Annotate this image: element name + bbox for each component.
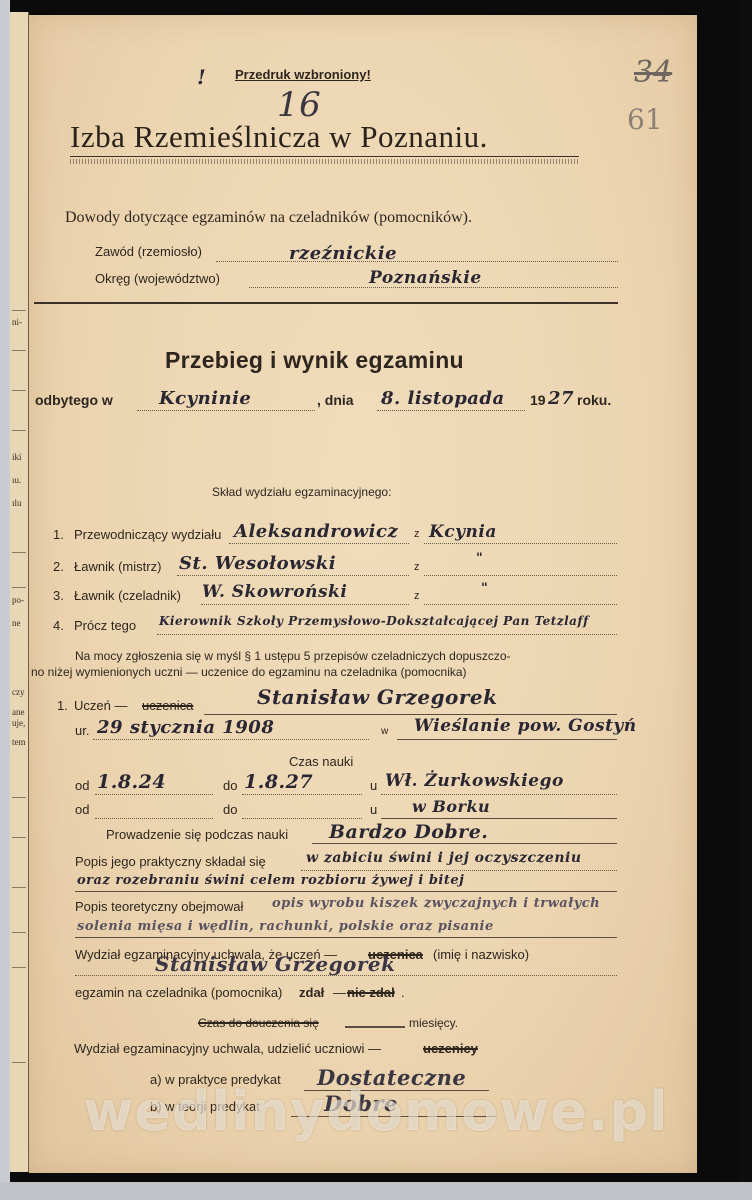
left-fragment: tem — [12, 737, 26, 747]
practical-value-line-1: w zabiciu świni i jej oczyszczeniu — [306, 850, 582, 866]
grades-intro: Wydział egzaminacyjny uchwala, udzielić … — [74, 1041, 381, 1056]
journeyman-juror-name: W. Skowroński — [202, 582, 347, 602]
institution-title: Izba Rzemieślnicza w Poznaniu. — [70, 119, 488, 155]
watermark: wedlinydomowe.pl — [56, 1080, 696, 1143]
handwritten-exclamation: ! — [197, 65, 206, 89]
chairman-from: Kcynia — [429, 522, 497, 542]
left-fragment: czy — [12, 687, 25, 697]
born-label: ur. — [75, 723, 89, 738]
archive-number-struck: 34 — [634, 55, 672, 90]
conduct-label: Prowadzenie się podczas nauki — [106, 827, 288, 842]
additional-member-label: Prócz tego — [74, 618, 136, 633]
exam-place: Kcyninie — [159, 388, 251, 409]
left-fragment: ıu. — [12, 475, 21, 485]
period2-from-label: od — [75, 802, 89, 817]
archive-number: 61 — [627, 103, 663, 136]
reprint-notice: Przedruk wzbroniony! — [235, 67, 371, 82]
district-label: Okręg (województwo) — [95, 271, 220, 286]
exam-day-label: , dnia — [317, 392, 354, 408]
result-passed: zdał — [299, 985, 324, 1000]
apprentice-number: 1. — [57, 698, 68, 713]
exam-place-prefix: odbytego w — [35, 392, 113, 408]
theory-value-line-2: solenia mięsa i wędlin, rachunki, polski… — [77, 919, 494, 934]
period-to-label: do — [223, 778, 237, 793]
theory-value-line-1: opis wyrobu kiszek zwyczajnych i trwałyc… — [272, 896, 600, 911]
master-juror-label: Ławnik (mistrz) — [74, 559, 161, 574]
admission-text-line-2: no niżej wymienionych uczni — uczenice d… — [31, 665, 467, 679]
born-place: Wieślanie pow. Gostyń — [414, 716, 637, 736]
left-fragment: po- — [12, 595, 24, 605]
chairman-label: Przewodniczący wydziału — [74, 527, 221, 542]
adjacent-page-edge: ni- iki ıu. ılu po- ne czy ane uje, tem — [10, 12, 29, 1172]
journeyman-juror-from-label: z — [414, 590, 420, 602]
admission-text-line-1: Na mocy zgłoszenia się w myśl § 1 ustępu… — [75, 649, 511, 663]
exam-year-prefix: 19 — [530, 392, 546, 408]
committee-heading: Skład wydziału egzaminacyjnego: — [212, 485, 391, 499]
period-to: 1.8.27 — [244, 771, 313, 793]
section-title: Przebieg i wynik egzaminu — [165, 347, 464, 374]
chairman-name: Aleksandrowicz — [234, 521, 398, 542]
left-fragment: ne — [12, 618, 21, 628]
period-at-label: u — [370, 778, 377, 793]
member-number: 1. — [53, 527, 64, 542]
resolution-name: Stanisław Grzegorek — [155, 952, 396, 976]
apprentice-label: Uczeń — — [74, 698, 127, 713]
result-failed-struck: nie zdał — [347, 985, 395, 1000]
conduct-value: Bardzo Dobre. — [329, 821, 488, 843]
left-fragment: ılu — [12, 498, 22, 508]
grades-intro-struck: uczenicy — [423, 1041, 478, 1056]
trade-label: Zawód (rzemiosło) — [95, 244, 202, 259]
born-in-label: w — [381, 726, 388, 737]
apprentice-name: Stanisław Grzegorek — [257, 685, 498, 709]
master-juror-from: " — [476, 551, 483, 566]
member-number: 4. — [53, 618, 64, 633]
study-time-label: Czas nauki — [289, 754, 353, 769]
left-fragment: iki — [12, 452, 22, 462]
journeyman-juror-from: " — [481, 581, 488, 596]
practical-value-line-2: oraz rozebraniu świni celem rozbioru żyw… — [77, 873, 464, 888]
period-master: Wł. Żurkowskiego — [385, 771, 564, 791]
exam-year-suffix: 27 — [548, 388, 574, 409]
background-bottom — [0, 1182, 752, 1200]
born-date: 29 stycznia 1908 — [97, 717, 274, 738]
journeyman-juror-label: Ławnik (czeladnik) — [74, 588, 181, 603]
result-dash: — — [333, 985, 346, 1000]
left-fragment: ni- — [12, 317, 22, 327]
additional-member-name: Kierownik Szkoły Przemysłowo-Dokształcaj… — [159, 614, 589, 628]
exam-date: 8. listopada — [381, 388, 505, 409]
retake-time-suffix: miesięcy. — [409, 1016, 458, 1030]
master-juror-from-label: z — [414, 561, 420, 573]
period-from: 1.8.24 — [97, 771, 166, 793]
member-number: 3. — [53, 588, 64, 603]
exam-year-label: roku. — [577, 392, 611, 408]
document-subtitle: Dowody dotyczące egzaminów na czeladnikó… — [65, 209, 472, 227]
period2-to-label: do — [223, 802, 237, 817]
result-prefix: egzamin na czeladnika (pomocnika) — [75, 985, 282, 1000]
left-fragment: uje, — [12, 718, 25, 728]
theory-label: Popis teoretyczny obejmował — [75, 899, 243, 914]
left-fragment: ane — [12, 707, 25, 717]
resolution-suffix: (imię i nazwisko) — [433, 947, 529, 962]
master-juror-name: St. Wesołowski — [179, 553, 336, 574]
district-value: Poznańskie — [369, 268, 482, 288]
background-strip — [0, 0, 10, 1200]
document-page: ! Przedruk wzbroniony! 16 34 61 Izba Rze… — [29, 15, 697, 1173]
practical-label: Popis jego praktyczny składał się — [75, 854, 266, 869]
apprentice-label-struck: uczenica — [142, 698, 193, 713]
result-end: . — [401, 985, 405, 1000]
chairman-from-label: z — [414, 528, 420, 540]
period-from-label: od — [75, 778, 89, 793]
period2-at-label: u — [370, 802, 377, 817]
retake-time-struck: Czas do douczenia się — [198, 1016, 319, 1030]
trade-value: rzeźnickie — [289, 243, 397, 264]
period2-place: w Borku — [412, 797, 490, 816]
member-number: 2. — [53, 559, 64, 574]
